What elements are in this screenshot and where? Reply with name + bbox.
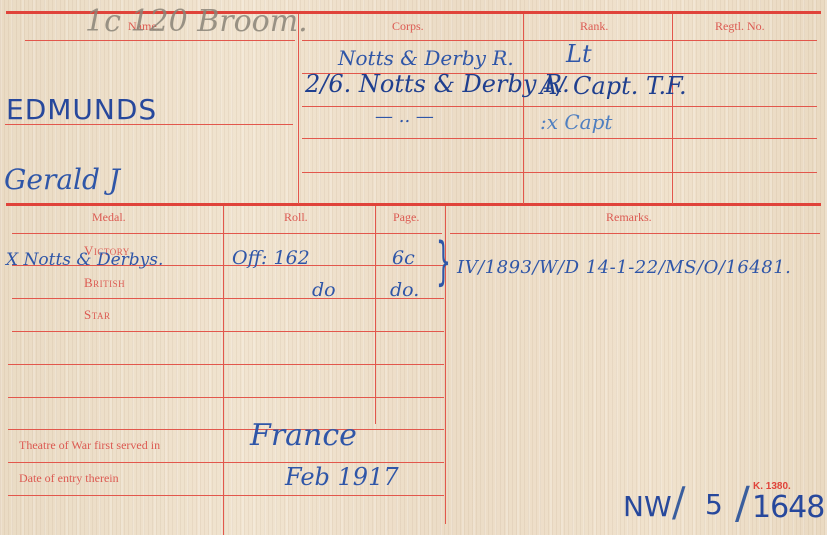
- medal-row-rule-4: [8, 364, 444, 365]
- reference-slash-1: /: [672, 480, 685, 526]
- theatre-label: Theatre of War first served in: [19, 438, 160, 453]
- forenames-value: Gerald J: [4, 163, 120, 196]
- roll-page-divider: [375, 206, 376, 424]
- reference-part-5: 5: [705, 488, 723, 521]
- date-of-entry-label: Date of entry therein: [19, 471, 119, 486]
- medal-row-rule-5: [8, 397, 444, 398]
- medal-british-label: British: [84, 275, 125, 291]
- remarks-column-header: Remarks.: [606, 210, 652, 225]
- corps-rank-divider: [523, 14, 524, 204]
- rank-regtl-divider: [672, 14, 673, 204]
- corps-rule-5: [302, 172, 817, 173]
- header-underline: [25, 40, 295, 41]
- reference-part-nw: NW: [623, 490, 672, 523]
- remarks-header-rule: [450, 233, 820, 234]
- medal-brace: }: [436, 232, 451, 292]
- medal-star-label: Star: [84, 307, 111, 323]
- remarks-value: IV/1893/W/D 14-1-22/MS/O/16481.: [457, 257, 791, 278]
- name-corps-divider: [298, 14, 299, 204]
- rank-label: Rank.: [580, 19, 608, 34]
- reference-slash-2: /: [735, 478, 750, 529]
- corps-line-3: — .. —: [375, 106, 434, 127]
- date-of-entry-value: Feb 1917: [285, 463, 399, 491]
- medal-index-card: Name. Corps. Rank. Regtl. No. 1c 120 Bro…: [0, 0, 827, 535]
- victory-roll-value: Off: 162: [232, 247, 310, 269]
- medal-header-rule: [12, 233, 442, 234]
- rank-line-1: Lt: [566, 40, 592, 68]
- rank-line-2: A/ Capt. T.F.: [540, 72, 687, 100]
- british-page-value: do.: [390, 279, 419, 301]
- page-column-header: Page.: [393, 210, 419, 225]
- medal-handwritten-note: X Notts & Derbys.: [6, 250, 163, 270]
- surname-value: EDMUNDS: [6, 93, 157, 126]
- mid-rule: [6, 203, 821, 206]
- pencil-annotation: 1c 120 Broom.: [85, 4, 308, 39]
- corps-line-2: 2/6. Notts & Derby R.: [305, 70, 570, 98]
- corps-label: Corps.: [392, 19, 424, 34]
- reference-part-number: 16481: [752, 490, 827, 525]
- corps-rule-4: [302, 138, 817, 139]
- rank-line-3: :x Capt: [540, 110, 612, 134]
- medal-column-header: Medal.: [92, 210, 126, 225]
- theatre-value: France: [250, 418, 357, 453]
- british-roll-value: do: [312, 279, 336, 301]
- theatre-rule-1: [8, 429, 444, 430]
- corps-rule-1: [302, 40, 817, 41]
- medal-row-rule-2: [12, 298, 444, 299]
- regtl-no-label: Regtl. No.: [715, 19, 765, 34]
- medal-row-rule-3: [12, 331, 444, 332]
- medal-roll-divider: [223, 206, 224, 535]
- roll-column-header: Roll.: [284, 210, 308, 225]
- corps-line-1: Notts & Derby R.: [338, 46, 514, 70]
- theatre-rule-3: [8, 495, 444, 496]
- victory-page-value: 6c: [392, 247, 415, 269]
